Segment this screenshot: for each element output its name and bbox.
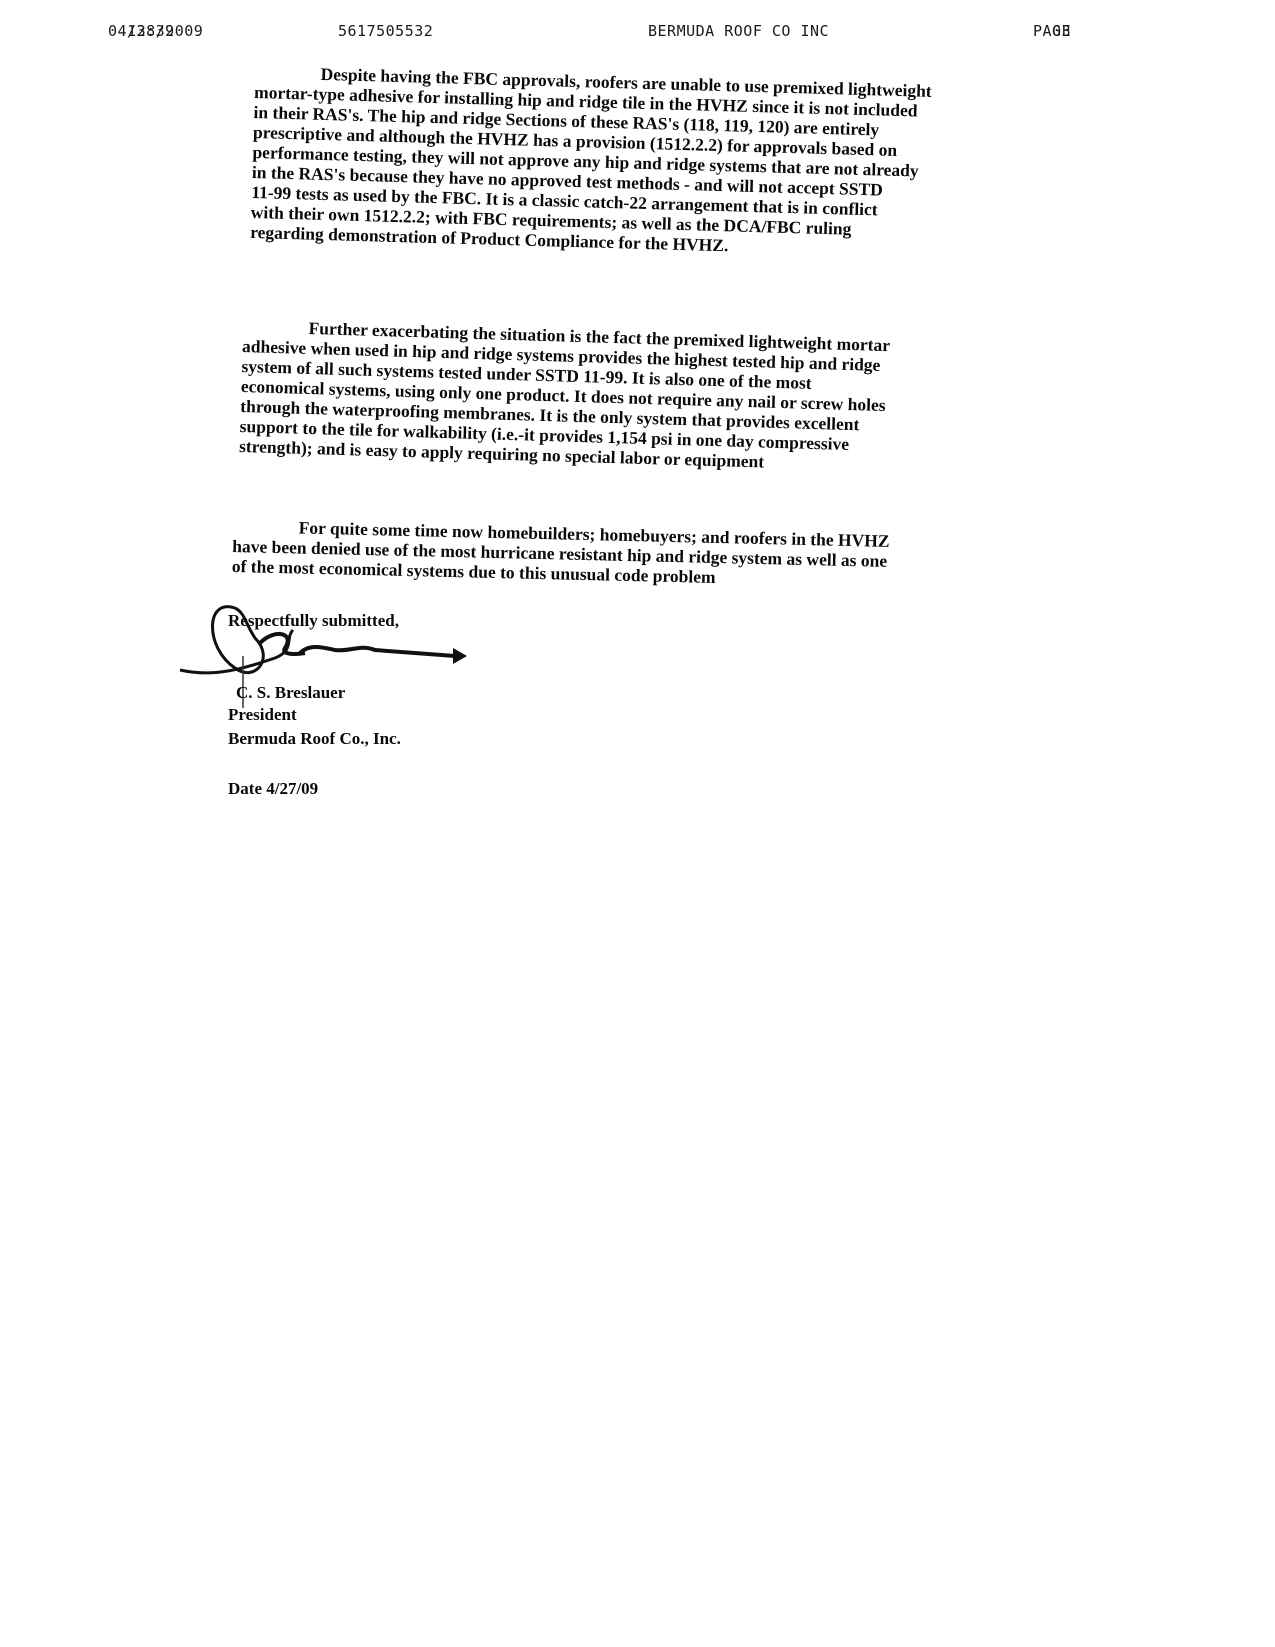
letter-date: Date 4/27/09 [228, 778, 318, 800]
letter-body: Despite having the FBC approvals, roofer… [255, 62, 1015, 242]
signer-name: C. S. Breslauer [236, 682, 345, 704]
paragraph-1: Despite having the FBC approvals, roofer… [250, 62, 1015, 263]
fax-date: 04/28/2009 13:39 [108, 22, 127, 40]
fax-header: 04/28/2009 13:39 5617505532 BERMUDA ROOF… [108, 22, 1128, 44]
paragraph-2: Further exacerbating the situation is th… [239, 316, 890, 475]
fax-sender: BERMUDA ROOF CO INC [648, 22, 829, 40]
signer-title: President [228, 704, 297, 726]
fax-phone-number: 5617505532 [338, 22, 433, 40]
fax-page-number: PAGE 03 [1033, 22, 1052, 40]
company-name: Bermuda Roof Co., Inc. [228, 728, 401, 750]
paragraph-3: For quite some time now homebuilders; ho… [232, 516, 890, 591]
closing-salutation: Respectfully submitted, [228, 610, 399, 632]
